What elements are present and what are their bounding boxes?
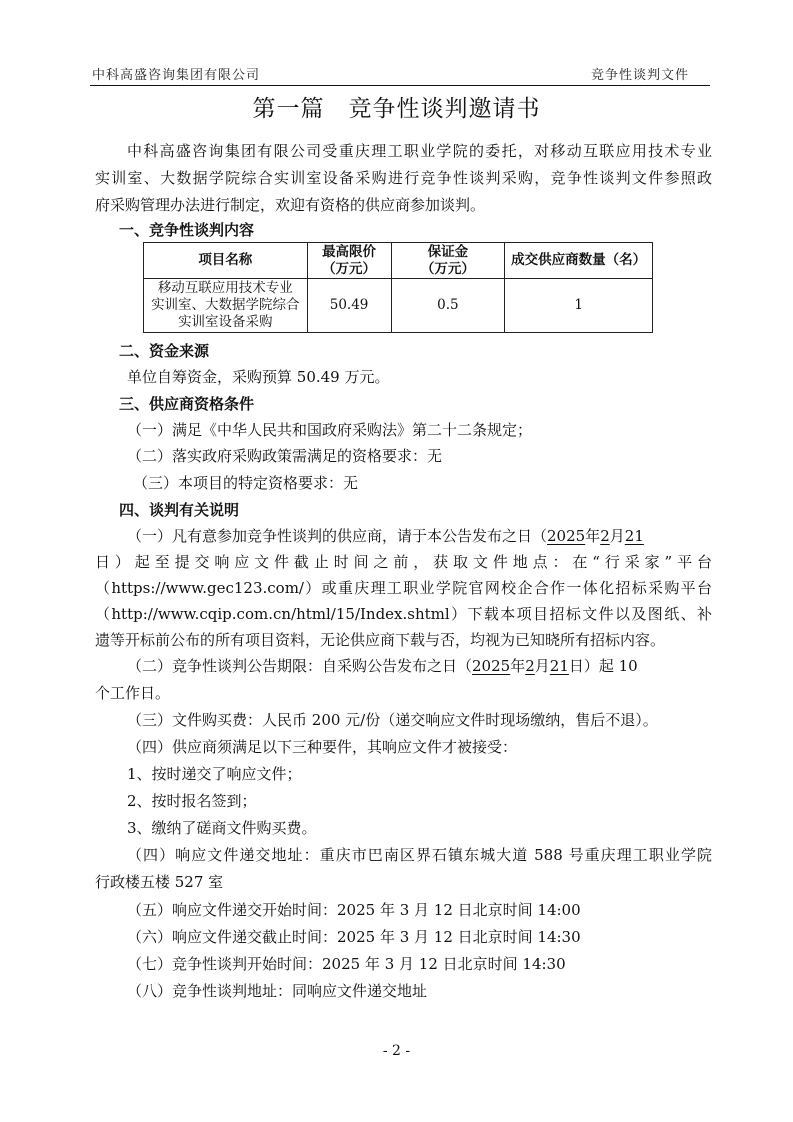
note-item-4: （四）供应商须满足以下三种要件，其响应文件才被接受：	[127, 737, 517, 757]
requirement-1: 1、按时递交了响应文件；	[127, 764, 302, 784]
page-title: 第一篇竞争性谈判邀请书	[0, 90, 793, 123]
submission-start-time: （五）响应文件递交开始时间：2025 年 3 月 12 日北京时间 14:00	[127, 900, 581, 920]
cell-supplier-count: 1	[505, 279, 653, 333]
col-header-deposit: 保证金（万元）	[391, 243, 505, 279]
negotiation-start-time: （七）竞争性谈判开始时间：2025 年 3 月 12 日北京时间 14:30	[127, 954, 566, 974]
note-item-1-line-5: 遗等开标前公布的所有项目资料，无论供应商下载与否，均视为已知晓所有招标内容。	[95, 630, 665, 650]
submission-deadline: （六）响应文件递交截止时间：2025 年 3 月 12 日北京时间 14:30	[127, 927, 581, 947]
qualification-item-2: （二）落实政府采购政策需满足的资格要求：无	[127, 446, 442, 466]
note-item-2-line-2: 个工作日。	[95, 683, 170, 703]
note-item-3: （三）文件购买费：人民币 200 元/份（递交响应文件时现场缴纳，售后不退）。	[127, 710, 658, 730]
table-header-row: 项目名称 最高限价（万元） 保证金（万元） 成交供应商数量（名）	[144, 243, 653, 279]
note-item-1-line-1: （一）凡有意参加竞争性谈判的供应商，请于本公告发布之日（2025年2月21	[127, 526, 644, 546]
title-name: 竞争性谈判邀请书	[349, 96, 541, 122]
funding-text: 单位自筹资金，采购预算 50.49 万元。	[127, 367, 389, 387]
page-number: - 2 -	[0, 1043, 793, 1059]
cell-deposit: 0.5	[391, 279, 505, 333]
qualification-item-1: （一）满足《中华人民共和国政府采购法》第二十二条规定；	[127, 420, 532, 440]
submission-address-line-2: 行政楼五楼 527 室	[95, 872, 223, 892]
cell-max-price: 50.49	[307, 279, 391, 333]
document-page: 中科高盛咨询集团有限公司 竞争性谈判文件 第一篇竞争性谈判邀请书 中科高盛咨询集…	[0, 0, 793, 1122]
section-heading-1: 一、竞争性谈判内容	[119, 220, 254, 240]
title-part: 第一篇	[253, 96, 325, 122]
header-company: 中科高盛咨询集团有限公司	[92, 64, 260, 83]
intro-line-2: 实训室、大数据学院综合实训室设备采购进行竞争性谈判采购，竞争性谈判文件参照政	[95, 168, 712, 188]
section-heading-2: 二、资金来源	[119, 341, 209, 361]
date-year: 2025	[547, 527, 585, 545]
col-header-max-price: 最高限价（万元）	[307, 243, 391, 279]
negotiation-address: （八）竞争性谈判地址：同响应文件递交地址	[127, 981, 427, 1001]
note-item-2-line-1: （二）竞争性谈判公告期限：自采购公告发布之日（2025年2月21日）起 10	[127, 656, 638, 676]
col-header-supplier-count: 成交供应商数量（名）	[505, 243, 653, 279]
section-heading-4: 四、谈判有关说明	[119, 500, 239, 520]
intro-line-3: 府采购管理办法进行制定，欢迎有资格的供应商参加谈判。	[95, 195, 485, 215]
section-heading-3: 三、供应商资格条件	[119, 394, 254, 414]
submission-address-line-1: （四）响应文件递交地址：重庆市巴南区界石镇东城大道 588 号重庆理工职业学院	[127, 845, 712, 865]
date-month: 2	[600, 527, 610, 545]
cell-project-name: 移动互联应用技术专业 实训室、大数据学院综合 实训室设备采购	[144, 279, 308, 333]
col-header-project-name: 项目名称	[144, 243, 308, 279]
project-table: 项目名称 最高限价（万元） 保证金（万元） 成交供应商数量（名） 移动互联应用技…	[143, 242, 653, 333]
note-item-1-line-4: （http://www.cqip.com.cn/html/15/Index.sh…	[95, 604, 712, 624]
date-day: 21	[625, 527, 644, 545]
header-doc-type: 竞争性谈判文件	[591, 64, 689, 83]
requirement-2: 2、按时报名签到；	[127, 791, 257, 811]
intro-line-1: 中科高盛咨询集团有限公司受重庆理工职业学院的委托，对移动互联应用技术专业	[127, 141, 712, 161]
header-divider	[90, 85, 710, 86]
note-item-1-line-2: 日）起至提交响应文件截止时间之前，获取文件地点：在“行采家”平台	[95, 552, 712, 572]
qualification-item-3: （三）本项目的特定资格要求：无	[133, 473, 358, 493]
note-item-1-line-3: （https://www.gec123.com/）或重庆理工职业学院官网校企合作…	[95, 578, 712, 598]
table-row: 移动互联应用技术专业 实训室、大数据学院综合 实训室设备采购 50.49 0.5…	[144, 279, 653, 333]
requirement-3: 3、缴纳了磋商文件购买费。	[127, 818, 317, 838]
